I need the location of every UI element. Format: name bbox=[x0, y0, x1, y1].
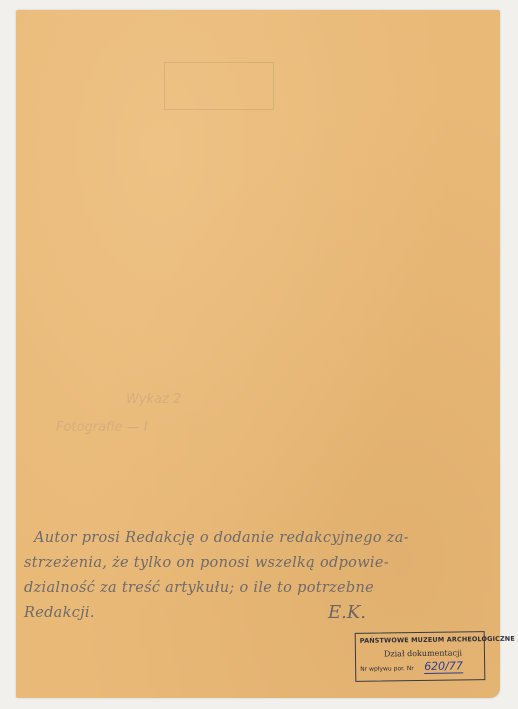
faded-stamp-impression bbox=[164, 62, 274, 110]
note-line: strzeżenia, że tylko on ponosi wszelką o… bbox=[24, 551, 494, 576]
stamp-department: Dział dokumentacji bbox=[384, 648, 462, 658]
handwritten-note: Autor prosi Redakcję o dodanie redakcyjn… bbox=[24, 526, 494, 626]
archive-stamp: PAŃSTWOWE MUZEUM ARCHEOLOGICZNE Dział do… bbox=[355, 631, 486, 682]
bleed-through-text: Wykaz 2 bbox=[126, 392, 181, 407]
note-line: Redakcji. bbox=[24, 601, 494, 626]
signature-initials: E.K. bbox=[328, 602, 366, 623]
bleed-through-text: Fotografie — I bbox=[56, 420, 148, 435]
stamp-number: 620/77 bbox=[424, 659, 463, 674]
note-line: Autor prosi Redakcję o dodanie redakcyjn… bbox=[24, 526, 494, 551]
stamp-number-label: Nr wpływu por. Nr bbox=[360, 665, 414, 673]
note-line: dzialność za treść artykułu; o ile to po… bbox=[24, 576, 494, 601]
